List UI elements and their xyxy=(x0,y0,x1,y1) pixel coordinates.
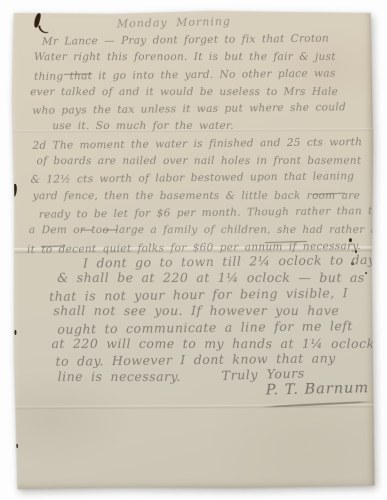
ink-speck xyxy=(16,444,18,448)
letter-line: shall not see you. If however you have xyxy=(53,303,357,319)
signature-flourish xyxy=(260,401,376,408)
letter-line: thing that it go into the yard. No other… xyxy=(34,65,366,86)
letter-paper-wrap: Monday Morning Mr Lance — Pray dont forg… xyxy=(12,10,375,490)
letter-body-second-section: I dont go to town till 2¼ oclock to day … xyxy=(27,253,358,386)
letter-body-first-section: Mr Lance — Pray dont forget to fix that … xyxy=(26,31,367,258)
letter-line: yard fence, then the basements & little … xyxy=(33,187,367,205)
letter-line: to day. However I dont know that any xyxy=(55,351,357,371)
letter-line: & 12½ cts worth of labor bestowed upon t… xyxy=(31,168,367,189)
letter-line: a Dem or too large a family of children,… xyxy=(29,222,367,240)
ink-blot-top-left xyxy=(33,12,41,28)
letter-line: ought to communicate a line for me left xyxy=(57,318,357,338)
photo-of-letter: Monday Morning Mr Lance — Pray dont forg… xyxy=(0,0,387,500)
letter-paper: Monday Morning Mr Lance — Pray dont forg… xyxy=(12,10,375,490)
letter-line: Water right this forenoon. It is but the… xyxy=(34,49,366,67)
letter-line: & shall be at 220 at 1¼ oclock — but as xyxy=(57,270,357,286)
ink-blot-left-edge xyxy=(12,184,17,197)
letter-line: use it. So much for the water. xyxy=(52,118,366,136)
fold-crease-lower xyxy=(14,404,375,410)
ink-speck xyxy=(14,330,16,335)
signature: P. T. Barnum xyxy=(266,380,370,398)
letter-closing: Truly Yours xyxy=(221,365,305,383)
ink-speck xyxy=(365,272,367,274)
letter-dateline: Monday Morning xyxy=(117,15,231,31)
letter-line: 2d The moment the water is finished and … xyxy=(32,134,366,155)
